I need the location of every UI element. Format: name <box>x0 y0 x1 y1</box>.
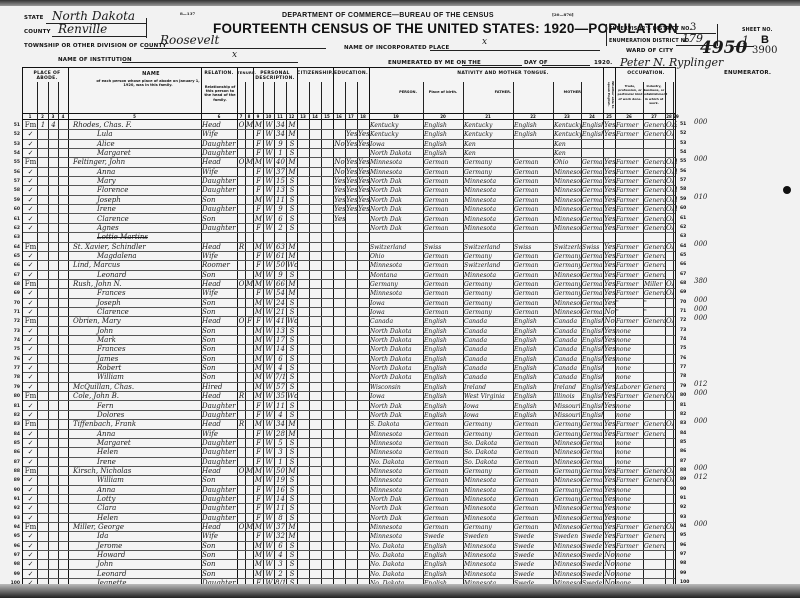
cell-farm <box>674 243 677 252</box>
cell-birthplace: North Dakota <box>370 327 423 336</box>
cell-english: No <box>604 308 615 317</box>
cell-tenure <box>238 336 245 345</box>
right-line-number: 71 <box>680 307 694 316</box>
cell-natyr <box>322 215 333 224</box>
right-line-number: 68 <box>680 279 694 288</box>
cell-write <box>358 392 369 401</box>
line-number: 96 <box>7 542 20 551</box>
cell-family <box>49 402 58 411</box>
cell-tongue: German <box>424 504 463 513</box>
cell-read: Yes <box>346 186 357 195</box>
line-number: 60 <box>7 205 20 214</box>
cell-nat <box>310 364 321 373</box>
cell-mother-birth: Minnesota <box>554 448 581 457</box>
cell-farm <box>674 280 677 289</box>
cell-family <box>49 271 58 280</box>
cell-mother-tongue <box>582 233 603 242</box>
cell-natyr <box>322 261 333 270</box>
cell-mortgage <box>246 439 253 448</box>
group-citizenship: CITIZENSHIP. <box>297 71 333 76</box>
cell-father-birth: Minnesota <box>464 224 513 233</box>
cell-age: 24 <box>275 299 286 308</box>
cell-blank4 <box>59 308 68 317</box>
cell-father-tongue: German <box>514 430 553 439</box>
cell-age: 41 <box>275 317 286 326</box>
cell-school <box>334 532 345 541</box>
cell-mother-tongue: German <box>582 495 603 504</box>
cell-industry <box>644 327 665 336</box>
cell-race: W <box>264 560 274 569</box>
cell-school <box>334 252 345 261</box>
cell-dwelling <box>38 411 48 420</box>
table-row: 79✓McQuillan, Chas.HiredMW57SWisconsinEn… <box>23 383 675 392</box>
cell-occupation: none <box>616 560 643 569</box>
cell-birthplace: Minnesota <box>370 289 423 298</box>
cell-sex: M <box>254 364 263 373</box>
cell-imm <box>298 420 309 429</box>
county-value: Renville <box>58 22 107 36</box>
cell-nat <box>310 280 321 289</box>
line-number: 57 <box>7 177 20 186</box>
cell-dwelling <box>38 467 48 476</box>
county-underline <box>52 36 146 37</box>
cell-family <box>49 467 58 476</box>
cell-dwelling <box>38 140 48 149</box>
cell-dwelling <box>38 383 48 392</box>
cell-mother-birth: Minnesota <box>554 439 581 448</box>
cell-nat <box>310 439 321 448</box>
cell-age: 40 <box>275 158 286 167</box>
cell-class: OA <box>666 168 673 177</box>
line-number: 69 <box>7 289 20 298</box>
cell-age: 16 <box>275 486 286 495</box>
cell-father-tongue: English <box>514 317 553 326</box>
cell-write: Yes <box>358 140 369 149</box>
cell-age: 1 <box>275 149 286 158</box>
cell-mother-birth: Canada <box>554 373 581 382</box>
cell-class: OA <box>666 243 673 252</box>
cell-nat <box>310 317 321 326</box>
cell-name: Margaret <box>69 439 201 448</box>
cell-marital: S <box>287 336 297 345</box>
group-place-of-abode: PLACE OF ABODE. <box>25 71 69 81</box>
cell-farm <box>674 514 677 523</box>
cell-industry: Miller <box>644 280 665 289</box>
cell-natyr <box>322 364 333 373</box>
cell-farm <box>674 355 677 364</box>
cell-mother-birth: Ireland <box>554 383 581 392</box>
cell-mortgage <box>246 205 253 214</box>
cell-farm: 10 <box>674 168 677 177</box>
cell-name: Rush, John N. <box>69 280 201 289</box>
cell-blank4 <box>59 149 68 158</box>
cell-tick: ✓ <box>24 402 37 411</box>
line-number: 79 <box>7 383 20 392</box>
cell-dwelling <box>38 280 48 289</box>
cell-blank4 <box>59 495 68 504</box>
margin-code-note: 380 <box>694 277 707 285</box>
column-number: 11 <box>274 114 286 119</box>
right-line-number: 60 <box>680 204 694 213</box>
table-row: 56✓AnnaWifeFW37MNoYesYesMinnesotaGermanG… <box>23 168 675 177</box>
cell-farm <box>674 383 677 392</box>
line-number: 83 <box>7 420 20 429</box>
cell-father-tongue: German <box>514 215 553 224</box>
table-row: 93✓HelenDaughterFW8SNorth DakGermanMinne… <box>23 514 675 523</box>
cell-father-tongue: English <box>514 121 553 130</box>
cell-read <box>346 523 357 532</box>
cell-english: Yes <box>604 542 615 551</box>
table-row: 74✓MarkSonMW17SNorth DakotaEnglishCanada… <box>23 336 675 345</box>
right-line-number: 55 <box>680 157 694 166</box>
cell-occupation: Farmer <box>616 186 643 195</box>
cell-mother-birth: Minnesota <box>554 308 581 317</box>
cell-father-birth: Minnesota <box>464 476 513 485</box>
cell-read: Yes <box>346 168 357 177</box>
cell-industry <box>644 233 665 242</box>
right-line-number: 57 <box>680 176 694 185</box>
cell-english <box>604 458 615 467</box>
cell-nat <box>310 523 321 532</box>
cell-farm: 9 <box>674 121 677 130</box>
line-number: 85 <box>7 439 20 448</box>
right-line-number: 79 <box>680 382 694 391</box>
cell-mother-birth: Minnesota <box>554 542 581 551</box>
cell-occupation: Farmer <box>616 532 643 541</box>
cell-industry <box>644 373 665 382</box>
cell-school: Yes <box>334 186 345 195</box>
cell-age: 14 <box>275 495 286 504</box>
cell-name: Ida <box>69 532 201 541</box>
cell-mother-birth: Germany <box>554 430 581 439</box>
cell-tenure <box>238 261 245 270</box>
cell-age: 2 <box>275 570 286 579</box>
group-relation: RELATION. <box>201 71 237 76</box>
cell-name: Irene <box>69 458 201 467</box>
cell-mortgage <box>246 261 253 270</box>
cell-marital: M <box>287 420 297 429</box>
column-number: 5 <box>68 114 201 119</box>
institution-label: NAME OF INSTITUTION <box>58 57 132 63</box>
form-code: 8—137 <box>180 11 195 16</box>
cell-tenure <box>238 345 245 354</box>
cell-tongue: German <box>424 308 463 317</box>
right-line-number: 83 <box>680 419 694 428</box>
cell-occupation: none <box>616 514 643 523</box>
cell-natyr <box>322 280 333 289</box>
cell-dwelling <box>38 158 48 167</box>
cell-race: W <box>264 439 274 448</box>
cell-school <box>334 336 345 345</box>
cell-race: W <box>264 486 274 495</box>
cell-marital: S <box>287 355 297 364</box>
cell-tongue: English <box>424 336 463 345</box>
cell-read <box>346 514 357 523</box>
cell-mother-tongue: German <box>582 252 603 261</box>
cell-write <box>358 448 369 457</box>
cell-marital: S <box>287 476 297 485</box>
cell-mortgage <box>246 224 253 233</box>
cell-school <box>334 430 345 439</box>
line-number: 62 <box>7 224 20 233</box>
cell-mother-birth: Minnesota <box>554 476 581 485</box>
cell-nat <box>310 158 321 167</box>
cell-english <box>604 140 615 149</box>
cell-occupation: none <box>616 355 643 364</box>
right-line-number: 72 <box>680 316 694 325</box>
cell-relation: Wife <box>202 532 237 541</box>
cell-dwelling <box>38 308 48 317</box>
cell-age: 15 <box>275 177 286 186</box>
line-number: 97 <box>7 551 20 560</box>
cell-tenure: R <box>238 420 245 429</box>
cell-age: 11 <box>275 402 286 411</box>
cell-farm <box>674 570 677 579</box>
cell-blank4 <box>59 271 68 280</box>
cell-industry: General <box>644 523 665 532</box>
cell-blank4 <box>59 364 68 373</box>
cell-race: W <box>264 243 274 252</box>
cell-family <box>49 355 58 364</box>
cell-name: Anna <box>69 486 201 495</box>
cell-mortgage <box>246 130 253 139</box>
cell-blank4 <box>59 280 68 289</box>
cell-race: W <box>264 420 274 429</box>
cell-father-tongue: German <box>514 439 553 448</box>
cell-family <box>49 177 58 186</box>
cell-tenure <box>238 271 245 280</box>
township-value: Roosevelt <box>160 33 219 47</box>
cell-race: W <box>264 504 274 513</box>
cell-tenure <box>238 186 245 195</box>
cell-relation: Daughter <box>202 439 237 448</box>
cell-farm <box>674 130 677 139</box>
cell-tick: ✓ <box>24 532 37 541</box>
cell-industry: General <box>644 186 665 195</box>
incorporated-underline <box>430 50 600 51</box>
cell-write <box>358 299 369 308</box>
cell-father-tongue: Swiss <box>514 243 553 252</box>
cell-relation: Daughter <box>202 504 237 513</box>
cell-mother-birth: Minnesota <box>554 271 581 280</box>
cell-blank4 <box>59 523 68 532</box>
cell-name: Anna <box>69 168 201 177</box>
cell-marital: M <box>287 289 297 298</box>
cell-name: Frances <box>69 289 201 298</box>
cell-read <box>346 121 357 130</box>
cell-blank4 <box>59 130 68 139</box>
cell-birthplace: Iowa <box>370 308 423 317</box>
cell-write <box>358 523 369 532</box>
cell-father-birth: Minnesota <box>464 196 513 205</box>
cell-industry: General <box>644 121 665 130</box>
right-line-number: 75 <box>680 344 694 353</box>
cell-relation: Head <box>202 523 237 532</box>
cell-read <box>346 299 357 308</box>
cell-sex: F <box>254 317 263 326</box>
cell-mother-tongue: Swiss <box>582 243 603 252</box>
column-number: 4 <box>58 114 68 119</box>
cell-mother-tongue: English <box>582 392 603 401</box>
cell-mortgage <box>246 448 253 457</box>
cell-marital: S <box>287 299 297 308</box>
cell-name: McQuillan, Chas. <box>69 383 201 392</box>
cell-father-birth: So. Dakota <box>464 439 513 448</box>
cell-tenure <box>238 532 245 541</box>
cell-father-birth: Minnesota <box>464 542 513 551</box>
cell-mortgage <box>246 402 253 411</box>
cell-farm <box>674 364 677 373</box>
table-row: 67✓LeonardSonMW9SMontanaGermanMinnesotaG… <box>23 271 675 280</box>
subhead-mother: MOTHER. <box>543 90 603 94</box>
table-row: 85✓MargaretDaughterFW5SMinnesotaGermanSo… <box>23 439 675 448</box>
cell-occupation: Farmer <box>616 252 643 261</box>
cell-industry <box>644 504 665 513</box>
cell-farm <box>674 542 677 551</box>
cell-mother-tongue: English <box>582 355 603 364</box>
cell-natyr <box>322 121 333 130</box>
cell-mother-tongue: English <box>582 327 603 336</box>
cell-imm <box>298 327 309 336</box>
cell-mortgage <box>246 168 253 177</box>
cell-father-tongue: English <box>514 383 553 392</box>
cell-age: 6 <box>275 215 286 224</box>
cell-name: Jerome <box>69 542 201 551</box>
cell-school: Yes <box>334 177 345 186</box>
cell-relation: Son <box>202 355 237 364</box>
cell-marital: S <box>287 177 297 186</box>
cell-school: No <box>334 140 345 149</box>
cell-race: W <box>264 570 274 579</box>
cell-imm <box>298 542 309 551</box>
cell-family <box>49 280 58 289</box>
cell-industry: General <box>644 383 665 392</box>
right-line-number: 92 <box>680 503 694 512</box>
cell-dwelling <box>38 420 48 429</box>
cell-blank4 <box>59 168 68 177</box>
cell-farm <box>674 523 677 532</box>
cell-occupation: Farmer <box>616 261 643 270</box>
cell-tenure: R <box>238 392 245 401</box>
cell-industry <box>644 486 665 495</box>
cell-mortgage <box>246 570 253 579</box>
cell-blank4 <box>59 420 68 429</box>
cell-name: Anna <box>69 430 201 439</box>
cell-blank4 <box>59 140 68 149</box>
cell-blank4 <box>59 336 68 345</box>
cell-sex: M <box>254 570 263 579</box>
cell-natyr <box>322 448 333 457</box>
township-underline <box>144 48 326 49</box>
cell-sex: F <box>254 439 263 448</box>
right-line-number: 73 <box>680 326 694 335</box>
column-number: 22 <box>513 114 553 119</box>
cell-write <box>358 355 369 364</box>
cell-write <box>358 532 369 541</box>
cell-name: Magdalena <box>69 252 201 261</box>
cell-imm <box>298 261 309 270</box>
cell-birthplace: North Dak <box>370 411 423 420</box>
right-line-number: 89 <box>680 475 694 484</box>
cell-write <box>358 261 369 270</box>
cell-english <box>604 373 615 382</box>
cell-tick: ✓ <box>24 355 37 364</box>
cell-read <box>346 448 357 457</box>
line-number: 53 <box>7 140 20 149</box>
cell-tenure <box>238 430 245 439</box>
cell-industry: General <box>644 542 665 551</box>
right-line-number: 65 <box>680 251 694 260</box>
column-number: 14 <box>309 114 321 119</box>
line-number: 72 <box>7 317 20 326</box>
cell-class <box>666 402 673 411</box>
cell-nat <box>310 336 321 345</box>
line-number: 78 <box>7 373 20 382</box>
cell-mortgage: M <box>246 121 253 130</box>
cell-birthplace: North Dakota <box>370 336 423 345</box>
cell-natyr <box>322 252 333 261</box>
cell-dwelling <box>38 196 48 205</box>
cell-imm <box>298 280 309 289</box>
cell-industry: General <box>644 532 665 541</box>
cell-occupation: Farmer <box>616 289 643 298</box>
cell-write <box>358 308 369 317</box>
cell-imm <box>298 560 309 569</box>
cell-relation: Wife <box>202 289 237 298</box>
cell-race: W <box>264 345 274 354</box>
cell-write <box>358 289 369 298</box>
cell-mother-birth: Germany <box>554 420 581 429</box>
cell-marital: S <box>287 383 297 392</box>
enumeration-district-label: ENUMERATION DISTRICT NO. <box>609 39 691 44</box>
cell-dwelling <box>38 130 48 139</box>
cell-father-birth: Germany <box>464 168 513 177</box>
cell-dwelling <box>38 439 48 448</box>
cell-mother-birth: Minnesota <box>554 224 581 233</box>
cell-nat <box>310 205 321 214</box>
cell-father-birth: Iowa <box>464 402 513 411</box>
cell-write <box>358 402 369 411</box>
cell-marital: S <box>287 486 297 495</box>
cell-school <box>334 523 345 532</box>
subhead-name: of each person whose place of abode on J… <box>93 79 203 87</box>
cell-industry <box>644 402 665 411</box>
cell-race: W <box>264 411 274 420</box>
cell-mother-tongue: English <box>582 345 603 354</box>
cell-father-birth: Canada <box>464 373 513 382</box>
cell-tenure: O <box>238 317 245 326</box>
cell-mortgage <box>246 495 253 504</box>
cell-name: Irene <box>69 205 201 214</box>
cell-tenure <box>238 495 245 504</box>
cell-occupation: Farmer <box>616 476 643 485</box>
cell-class: OA <box>666 130 673 139</box>
cell-tenure <box>238 402 245 411</box>
cell-class <box>666 233 673 242</box>
cell-natyr <box>322 439 333 448</box>
cell-occupation <box>616 233 643 242</box>
right-line-number: 76 <box>680 354 694 363</box>
scan-edge-top <box>0 0 800 6</box>
cell-age: 34 <box>275 420 286 429</box>
cell-school <box>334 495 345 504</box>
cell-age: 11 <box>275 196 286 205</box>
cell-tenure <box>238 411 245 420</box>
cell-occupation: Farmer <box>616 271 643 280</box>
cell-relation: Wife <box>202 130 237 139</box>
cell-class <box>666 327 673 336</box>
cell-read <box>346 504 357 513</box>
